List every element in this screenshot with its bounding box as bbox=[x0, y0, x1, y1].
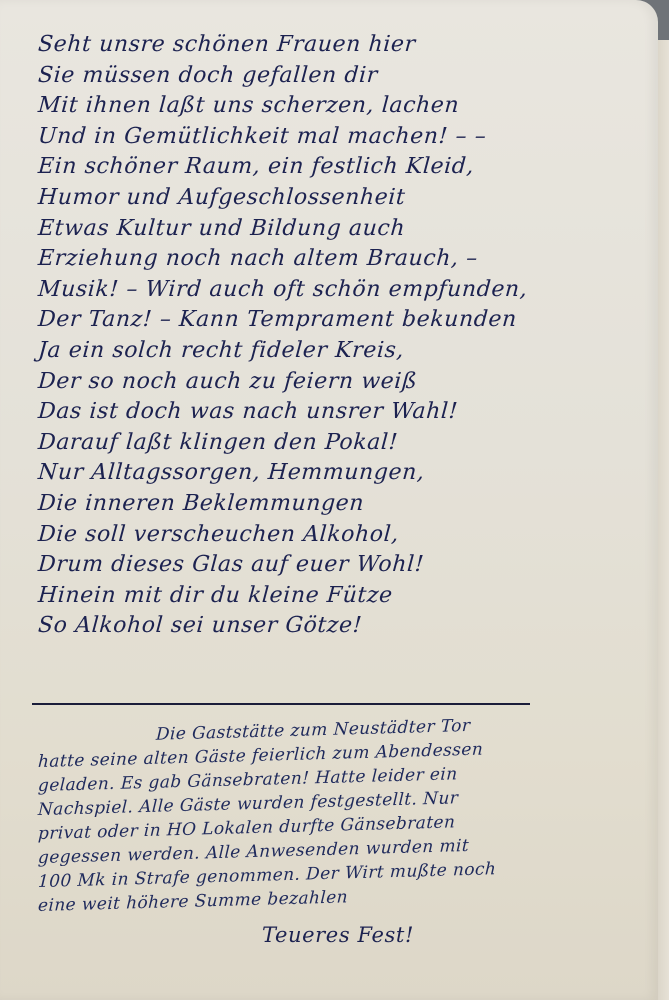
poem-line: Und in Gemütlichkeit mal machen! – – bbox=[37, 122, 639, 153]
poem-line: Der so noch auch zu feiern weiß bbox=[37, 367, 639, 398]
poem-line: Sie müssen doch gefallen dir bbox=[37, 61, 639, 92]
poem-line: Die soll verscheuchen Alkohol, bbox=[37, 520, 639, 551]
poem-line: Humor und Aufgeschlossenheit bbox=[37, 183, 639, 214]
anecdote-note: Die Gaststätte zum Neustädter Tor hatte … bbox=[38, 726, 658, 918]
poem-line: Das ist doch was nach unsrer Wahl! bbox=[37, 397, 639, 428]
notebook-page: Seht unsre schönen Frauen hier Sie müsse… bbox=[0, 0, 658, 1000]
poem: Seht unsre schönen Frauen hier Sie müsse… bbox=[38, 30, 638, 642]
poem-line: Etwas Kultur und Bildung auch bbox=[37, 214, 639, 245]
poem-line: Nur Alltagssorgen, Hemmungen, bbox=[37, 458, 639, 489]
poem-line: Der Tanz! – Kann Temprament bekunden bbox=[37, 305, 639, 336]
poem-line: Drum dieses Glas auf euer Wohl! bbox=[37, 550, 639, 581]
poem-line: Mit ihnen laßt uns scherzen, lachen bbox=[37, 91, 639, 122]
poem-line: Erziehung noch nach altem Brauch, – bbox=[37, 244, 639, 275]
poem-line: Musik! – Wird auch oft schön empfunden, bbox=[37, 275, 639, 306]
poem-line: Ein schöner Raum, ein festlich Kleid, bbox=[37, 152, 639, 183]
note-signoff: Teueres Fest! bbox=[262, 923, 414, 947]
poem-line: Ja ein solch recht fideler Kreis, bbox=[37, 336, 639, 367]
poem-line: Seht unsre schönen Frauen hier bbox=[37, 30, 639, 61]
poem-line: Darauf laßt klingen den Pokal! bbox=[37, 428, 639, 459]
section-divider bbox=[32, 703, 530, 705]
poem-line: Die inneren Beklemmungen bbox=[37, 489, 639, 520]
poem-line: Hinein mit dir du kleine Fütze bbox=[37, 581, 639, 612]
poem-line: So Alkohol sei unser Götze! bbox=[37, 611, 639, 642]
